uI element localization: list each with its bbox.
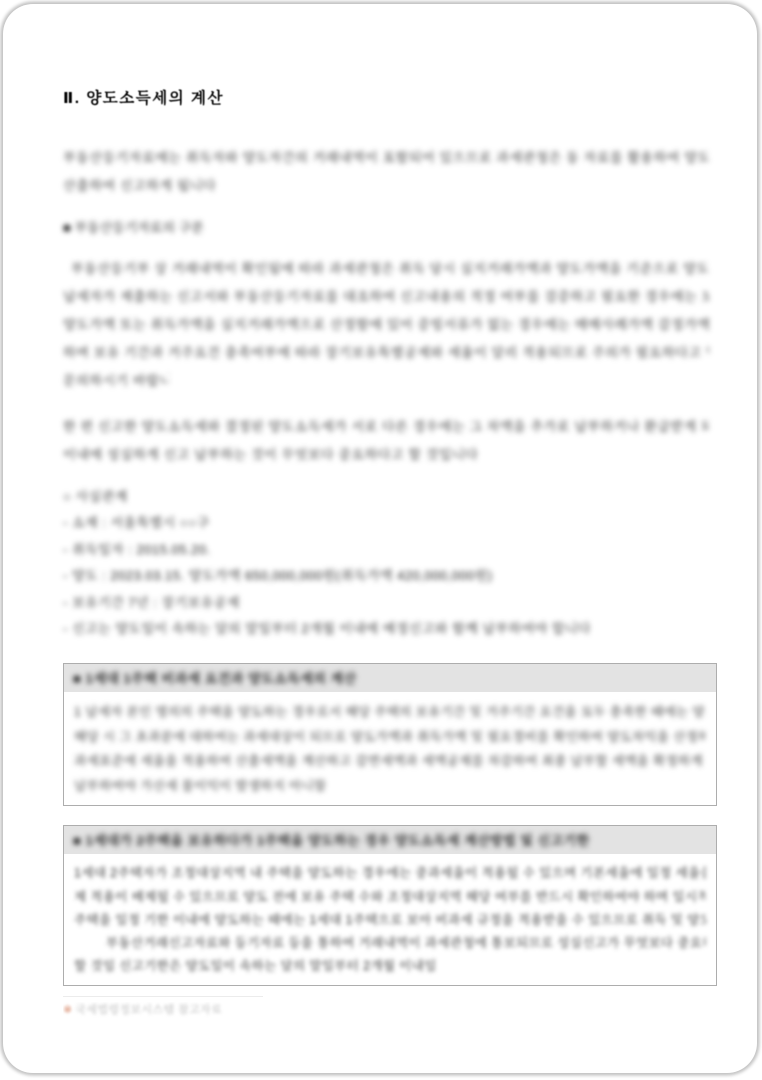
info-box-header-text: ■ 1세대가 2주택을 보유하다가 1주택을 양도하는 경우 양도소득세 계산방… (73, 831, 658, 850)
info-box-body: 1세대 2주택자가 조정대상지역 내 주택을 양도하는 경우에는 중과세율이 적… (64, 854, 716, 985)
box-body-line: 주택을 일정 기한 이내에 양도하는 때에는 1세대 1주택으로 보아 비과세 … (74, 909, 706, 932)
list-item: - 취득일자 : 2015.05.20. (63, 537, 273, 563)
page-content: Ⅱ. 양도소득세의 계산 부동산등기자료에는 취득자와 양도자간의 거래내역이 … (3, 86, 757, 1018)
footnote-marker-icon: ※ (63, 1004, 72, 1016)
fact-list-heading: ○ 사실관계 (63, 484, 157, 510)
info-box-header: ■ 1세대가 2주택을 보유하다가 1주택을 양도하는 경우 양도소득세 계산방… (64, 826, 716, 854)
paragraph-line: 한 편 신고한 양도소득세와 결정된 양도소득세가 서로 다른 경우에는 그 차… (63, 413, 709, 441)
paragraph-note: 한 편 신고한 양도소득세와 결정된 양도소득세가 서로 다른 경우에는 그 차… (63, 413, 709, 469)
box-body-line: 부동산거래신고자료와 등기자료 등을 통하여 거래내역이 과세관청에 통보되므로… (74, 932, 706, 955)
box-body-line: 1세대 2주택자가 조정대상지역 내 주택을 양도하는 경우에는 중과세율이 적… (74, 862, 706, 885)
info-box-header: ■ 1세대 1주택 비과세 요건과 양도소득세의 계산 (64, 664, 716, 692)
info-box-2: ■ 1세대가 2주택을 보유하다가 1주택을 양도하는 경우 양도소득세 계산방… (63, 825, 717, 986)
list-item: - 신고는 양도일이 속하는 달의 말일부터 2개월 이내에 예정신고와 함께 … (63, 616, 699, 642)
paragraph-intro: 부동산등기자료에는 취득자와 양도자간의 거래내역이 포함되어 있으므로 과세관… (63, 144, 709, 200)
list-item: - 보유기간 7년 : 장기보유공제 (63, 590, 283, 616)
box-body-line: 할 것임 신고기한은 양도일이 속하는 달의 말일부터 2개월 이내임 (74, 955, 524, 978)
info-box-header-text: ■ 1세대 1주택 비과세 요건과 양도소득세의 계산 (73, 669, 418, 688)
paragraph-line: 산출하여 신고하게 됩니다 (63, 172, 241, 200)
document-page: Ⅱ. 양도소득세의 계산 부동산등기자료에는 취득자와 양도자간의 거래내역이 … (3, 4, 757, 1073)
list-item: - 소재 : 서울특별시 ○○구 (63, 510, 267, 536)
paragraph-line: 문의하시기 바랍니다 (63, 367, 169, 395)
box-body-line: 납부하여야 가산세 불이익이 발생하지 아니함 (74, 774, 408, 799)
list-item: - 양도 : 2023.03.15. 양도가액 650,000,000원(취득가… (63, 563, 581, 589)
info-box-1: ■ 1세대 1주택 비과세 요건과 양도소득세의 계산 1 납세자 본인 명의의… (63, 663, 717, 806)
fact-list: ○ 사실관계 - 소재 : 서울특별시 ○○구 - 취득일자 : 2015.05… (63, 484, 709, 642)
paragraph-line: 이내에 성실하게 신고 납부하는 것이 무엇보다 중요하다고 할 것입니다 (63, 441, 561, 469)
box-body-line: 제 적용이 배제될 수 있으므로 양도 전에 보유 주택 수와 조정대상지역 해… (74, 886, 706, 909)
box-body-line: 1 납세자 본인 명의의 주택을 양도하는 경우로서 해당 주택의 보유기간 및… (74, 700, 706, 725)
section-bullet-line: ■ 부동산등기자료의 구분 (63, 214, 247, 242)
page-title: Ⅱ. 양도소득세의 계산 (63, 86, 709, 108)
footnote-text: 국세법령정보시스템 참고자료 (75, 1004, 222, 1016)
box-body-line: 해당 시 그 초과분에 대하여는 과세대상이 되므로 양도가액과 취득가액 및 … (74, 725, 706, 750)
paragraph-body: 부동산등기부 상 거래내역이 확인됨에 따라 과세관청은 취득 당시 실지거래가… (63, 255, 709, 395)
footnote-divider (63, 996, 263, 997)
box-body-line: 과세표준에 세율을 적용하여 산출세액을 계산하고 감면세액과 세액공제를 차감… (74, 749, 706, 774)
paragraph-line: 납세자가 제출하는 신고서와 부동산등기자료를 대조하여 신고내용의 적정 여부… (63, 283, 709, 311)
paragraph-line: 양도가액 또는 취득가액을 실지거래가액으로 산정함에 있어 증빙서류가 없는 … (63, 311, 709, 339)
paragraph-line: 부동산등기부 상 거래내역이 확인됨에 따라 과세관청은 취득 당시 실지거래가… (63, 255, 709, 283)
info-box-body: 1 납세자 본인 명의의 주택을 양도하는 경우로서 해당 주택의 보유기간 및… (64, 692, 716, 805)
screenshot-canvas: Ⅱ. 양도소득세의 계산 부동산등기자료에는 취득자와 양도자간의 거래내역이 … (0, 0, 762, 1080)
paragraph-line: 하며 보유 기간과 거주요건 충족여부에 따라 장기보유특별공제와 세율이 달리… (63, 339, 709, 367)
paragraph-line: 부동산등기자료에는 취득자와 양도자간의 거래내역이 포함되어 있으므로 과세관… (63, 144, 709, 172)
footnote: ※ 국세법령정보시스템 참고자료 (63, 1002, 709, 1018)
